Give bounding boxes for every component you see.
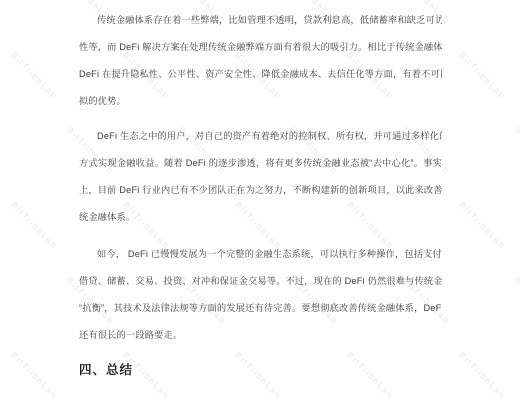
paragraph-3: 如今， DeFi 已慢慢发展为一个完整的金融生态系统，可以执行多种操作，包括支付… [79,241,442,349]
paragraph-line: 拟的优势。 [79,88,442,115]
section-heading: 四、总结 [79,361,133,379]
watermark-text: BitTribeLab [513,275,520,326]
paragraph-line: 上，目前 DeFi 行业内已有不少团队正在为之努力，不断构建新的创新项目，以此来… [79,177,442,204]
watermark-text: BitTribeLab [457,350,508,400]
watermark-text: BitTribeLab [345,350,396,400]
paragraph-line: 还有很长的一段路要走。 [79,322,442,349]
paragraph-1: 传统金融体系存在着一些弊端，比如管理不透明，贷款利息高，低储蓄率和缺乏可访问 性… [79,7,442,115]
watermark-text: BitTribeLab [9,350,60,400]
paragraph-line: “抗衡”，其技术及法律法规等方面的发展还有待完善。要想彻底改善传统金融体系，De… [79,295,442,322]
watermark-text: BitTribeLab [9,50,60,101]
watermark-text: BitTribeLab [513,0,520,26]
paragraph-line: 性等，而 DeFi 解决方案在处理传统金融弊端方面有着很大的吸引力。相比于传统金… [79,34,442,61]
paragraph-line: DeFi 在提升隐私性、公平性、资产安全性、降低金融成本、去信任化等方面，有着不… [79,61,442,88]
paragraph-line: 如今， DeFi 已慢慢发展为一个完整的金融生态系统，可以执行多种操作，包括支付… [79,241,442,268]
paragraph-line: 传统金融体系存在着一些弊端，比如管理不透明，贷款利息高，低储蓄率和缺乏可访问 [79,7,442,34]
watermark-text: BitTribeLab [0,275,4,326]
watermark-text: BitTribeLab [0,125,4,176]
watermark-text: BitTribeLab [233,350,284,400]
paragraph-line: DeFi 生态之中的用户，对自己的资产有着绝对的控制权、所有权，并可通过多样化的 [79,123,442,150]
document-page: BitTribeLabBitTribeLabBitTribeLabBitTrib… [0,0,520,400]
watermark-text: BitTribeLab [457,200,508,251]
paragraph-line: 借贷、储蓄、交易、投资、对冲和保证金交易等。不过，现在的 DeFi 仍然很难与传… [79,268,442,295]
watermark-text: BitTribeLab [0,0,4,26]
paragraph-line: 方式实现金融收益。随着 DeFi 的逐步渗透，将有更多传统金融业态被“去中心化”… [79,150,442,177]
paragraph-2: DeFi 生态之中的用户，对自己的资产有着绝对的控制权、所有权，并可通过多样化的… [79,123,442,231]
watermark-text: BitTribeLab [513,125,520,176]
watermark-text: BitTribeLab [457,50,508,101]
watermark-text: BitTribeLab [9,200,60,251]
paragraph-line: 统金融体系。 [79,204,442,231]
